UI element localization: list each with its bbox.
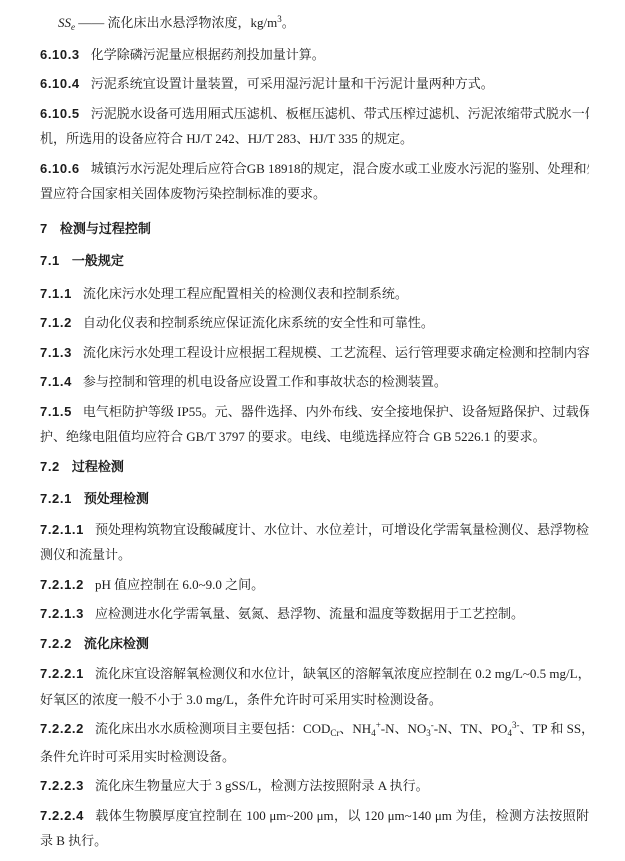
clause-paragraph: 7.2.1.3应检测进水化学需氧量、氨氮、悬浮物、流量和温度等数据用于工艺控制。 — [40, 601, 589, 627]
clause-number: 7.2.1.1 — [40, 522, 84, 537]
text-line: 7检测与过程控制 — [40, 216, 589, 242]
clause-paragraph: 7.2.1.1预处理构筑物宜设酸碱度计、水位计、水位差计，可增设化学需氧量检测仪… — [40, 517, 589, 568]
text-run: 城镇污水污泥处理后应符合GB 18918的规定，混合废水或工业废水污泥的鉴别、处… — [91, 161, 589, 176]
text-line: SSe —— 流化床出水悬浮物浓度，kg/m3。 — [40, 10, 589, 38]
clause-number: 7.2 — [40, 459, 60, 474]
clause-paragraph: 7.1.2自动化仪表和控制系统应保证流化床系统的安全性和可靠性。 — [40, 310, 589, 336]
text-run: 流化床生物量应大于 3 gSS/L，检测方法按照附录 A 执行。 — [95, 778, 429, 793]
text-run: 机，所选用的设备应符合 HJ/T 242、HJ/T 283、HJ/T 335 的… — [40, 131, 413, 146]
text-run: 污泥系统宜设置计量装置，可采用湿污泥计量和干污泥计量两种方式。 — [91, 76, 494, 91]
text-run: 、TP 和 SS， — [519, 721, 589, 736]
text-run: -N、TN、PO — [434, 721, 508, 736]
clause-number: 7.2.1.2 — [40, 577, 84, 592]
clause-paragraph: 7.2.2.2流化床出水水质检测项目主要包括：CODCr、NH4+-N、NO3-… — [40, 716, 589, 769]
clause-number: 7.1 — [40, 253, 60, 268]
text-run: 一般规定 — [72, 253, 124, 268]
clause-paragraph: 6.10.3化学除磷污泥量应根据药剂投加量计算。 — [40, 42, 589, 68]
text-run: 3 — [277, 14, 282, 24]
chapter-heading: 7检测与过程控制 — [40, 216, 589, 242]
clause-number: 7.2.2.2 — [40, 721, 84, 736]
clause-number: 7.2.2.1 — [40, 666, 84, 681]
subsection-heading: 7.2.1预处理检测 — [40, 486, 589, 512]
clause-number: 7.1.3 — [40, 345, 72, 360]
text-run: 。 — [282, 15, 295, 30]
clause-paragraph: 7.1.5电气柜防护等级 IP55。元、器件选择、内外布线、安全接地保护、设备短… — [40, 399, 589, 450]
text-run: 电气柜防护等级 IP55。元、器件选择、内外布线、安全接地保护、设备短路保护、过… — [83, 404, 589, 419]
clause-paragraph: 7.2.2.3流化床生物量应大于 3 gSS/L，检测方法按照附录 A 执行。 — [40, 773, 589, 799]
text-run: pH 值应控制在 6.0~9.0 之间。 — [95, 577, 264, 592]
text-line: 7.2.2流化床检测 — [40, 631, 589, 657]
text-line: 测仪和流量计。 — [40, 542, 589, 568]
text-run: 化学除磷污泥量应根据药剂投加量计算。 — [91, 47, 325, 62]
text-line: 7.2.1.3应检测进水化学需氧量、氨氮、悬浮物、流量和温度等数据用于工艺控制。 — [40, 601, 589, 627]
text-line: 录 B 执行。 — [40, 828, 589, 854]
text-run: 载体生物膜厚度宜控制在 100 μm~200 μm，以 120 μm~140 μ… — [95, 808, 589, 823]
text-run: 污泥脱水设备可选用厢式压滤机、板框压滤机、带式压榨过滤机、污泥浓缩带式脱水一体 — [91, 106, 589, 121]
clause-paragraph: 6.10.5污泥脱水设备可选用厢式压滤机、板框压滤机、带式压榨过滤机、污泥浓缩带… — [40, 101, 589, 152]
text-line: 7.2过程检测 — [40, 454, 589, 480]
clause-paragraph: 7.2.1.2pH 值应控制在 6.0~9.0 之间。 — [40, 572, 589, 598]
clause-number: 7.2.1.3 — [40, 606, 84, 621]
clause-number: 7.1.4 — [40, 374, 72, 389]
clause-number: 7.2.2.4 — [40, 808, 84, 823]
clause-number: 7 — [40, 221, 48, 236]
text-run: 、NH — [339, 721, 371, 736]
document-page: SSe —— 流化床出水悬浮物浓度，kg/m3。6.10.3化学除磷污泥量应根据… — [0, 0, 625, 861]
text-line: 7.2.1预处理检测 — [40, 486, 589, 512]
text-run: 流化床出水水质检测项目主要包括：COD — [95, 721, 330, 736]
clause-number: 7.2.1 — [40, 491, 72, 506]
clause-paragraph: 6.10.4污泥系统宜设置计量装置，可采用湿污泥计量和干污泥计量两种方式。 — [40, 71, 589, 97]
text-run: + — [376, 720, 381, 730]
clause-number: 7.1.1 — [40, 286, 72, 301]
text-line: 6.10.5污泥脱水设备可选用厢式压滤机、板框压滤机、带式压榨过滤机、污泥浓缩带… — [40, 101, 589, 127]
clause-paragraph: 6.10.6城镇污水污泥处理后应符合GB 18918的规定，混合废水或工业废水污… — [40, 156, 589, 207]
text-line: 6.10.6城镇污水污泥处理后应符合GB 18918的规定，混合废水或工业废水污… — [40, 156, 589, 182]
text-run: 检测与过程控制 — [60, 221, 151, 236]
clause-paragraph: 7.2.2.1流化床宜设溶解氧检测仪和水位计，缺氧区的溶解氧浓度应控制在 0.2… — [40, 661, 589, 712]
clause-number: 7.1.2 — [40, 315, 72, 330]
text-run: —— 流化床出水悬浮物浓度，kg/m — [75, 15, 277, 30]
text-line: 7.1.5电气柜防护等级 IP55。元、器件选择、内外布线、安全接地保护、设备短… — [40, 399, 589, 425]
text-run: 好氧区的浓度一般不小于 3.0 mg/L，条件允许时可采用实时检测设备。 — [40, 692, 442, 707]
text-line: 7.1.1流化床污水处理工程应配置相关的检测仪表和控制系统。 — [40, 281, 589, 307]
text-line: 7.2.2.2流化床出水水质检测项目主要包括：CODCr、NH4+-N、NO3-… — [40, 716, 589, 744]
text-run: 3- — [512, 720, 520, 730]
text-run: 流化床污水处理工程设计应根据工程规模、工艺流程、运行管理要求确定检测和控制内容。 — [83, 345, 589, 360]
text-line: 护、绝缘电阻值均应符合 GB/T 3797 的要求。电线、电缆选择应符合 GB … — [40, 424, 589, 450]
text-run: - — [431, 720, 434, 730]
text-run: 流化床宜设溶解氧检测仪和水位计，缺氧区的溶解氧浓度应控制在 0.2 mg/L~0… — [95, 666, 589, 681]
text-line: 7.2.1.2pH 值应控制在 6.0~9.0 之间。 — [40, 572, 589, 598]
text-run: 应检测进水化学需氧量、氨氮、悬浮物、流量和温度等数据用于工艺控制。 — [95, 606, 524, 621]
text-run: e — [71, 22, 75, 32]
text-line: 7.1.2自动化仪表和控制系统应保证流化床系统的安全性和可靠性。 — [40, 310, 589, 336]
clause-number: 6.10.5 — [40, 106, 80, 121]
text-run: 参与控制和管理的机电设备应设置工作和事故状态的检测装置。 — [83, 374, 447, 389]
text-line: 条件允许时可采用实时检测设备。 — [40, 744, 589, 770]
text-run: 过程检测 — [72, 459, 124, 474]
clause-number: 6.10.3 — [40, 47, 80, 62]
clause-number: 7.2.2.3 — [40, 778, 84, 793]
clause-paragraph: 7.1.4参与控制和管理的机电设备应设置工作和事故状态的检测装置。 — [40, 369, 589, 395]
text-run: 条件允许时可采用实时检测设备。 — [40, 749, 235, 764]
text-line: 7.1.3流化床污水处理工程设计应根据工程规模、工艺流程、运行管理要求确定检测和… — [40, 340, 589, 366]
clause-paragraph: 7.2.2.4载体生物膜厚度宜控制在 100 μm~200 μm，以 120 μ… — [40, 803, 589, 854]
text-line: 7.1.4参与控制和管理的机电设备应设置工作和事故状态的检测装置。 — [40, 369, 589, 395]
text-line: 置应符合国家相关固体废物污染控制标准的要求。 — [40, 181, 589, 207]
definition-paragraph: SSe —— 流化床出水悬浮物浓度，kg/m3。 — [40, 10, 589, 38]
text-run: Cr — [330, 728, 339, 738]
text-line: 7.1一般规定 — [40, 248, 589, 274]
clause-number: 7.1.5 — [40, 404, 72, 419]
text-run: SS — [58, 15, 71, 30]
text-line: 7.2.2.1流化床宜设溶解氧检测仪和水位计，缺氧区的溶解氧浓度应控制在 0.2… — [40, 661, 589, 687]
text-run: 自动化仪表和控制系统应保证流化床系统的安全性和可靠性。 — [83, 315, 434, 330]
text-run: 流化床检测 — [84, 636, 149, 651]
text-run: 预处理构筑物宜设酸碱度计、水位计、水位差计，可增设化学需氧量检测仪、悬浮物检 — [95, 522, 589, 537]
clause-paragraph: 7.1.3流化床污水处理工程设计应根据工程规模、工艺流程、运行管理要求确定检测和… — [40, 340, 589, 366]
text-line: 7.2.1.1预处理构筑物宜设酸碱度计、水位计、水位差计，可增设化学需氧量检测仪… — [40, 517, 589, 543]
text-line: 机，所选用的设备应符合 HJ/T 242、HJ/T 283、HJ/T 335 的… — [40, 126, 589, 152]
section-heading: 7.2过程检测 — [40, 454, 589, 480]
text-run: 置应符合国家相关固体废物污染控制标准的要求。 — [40, 186, 326, 201]
text-run: 预处理检测 — [84, 491, 149, 506]
text-line: 6.10.3化学除磷污泥量应根据药剂投加量计算。 — [40, 42, 589, 68]
clause-number: 6.10.6 — [40, 161, 80, 176]
text-run: 护、绝缘电阻值均应符合 GB/T 3797 的要求。电线、电缆选择应符合 GB … — [40, 429, 546, 444]
section-heading: 7.1一般规定 — [40, 248, 589, 274]
text-line: 6.10.4污泥系统宜设置计量装置，可采用湿污泥计量和干污泥计量两种方式。 — [40, 71, 589, 97]
text-run: 流化床污水处理工程应配置相关的检测仪表和控制系统。 — [83, 286, 408, 301]
text-run: -N、NO — [381, 721, 427, 736]
text-run: 测仪和流量计。 — [40, 547, 131, 562]
clause-number: 7.2.2 — [40, 636, 72, 651]
text-line: 7.2.2.3流化床生物量应大于 3 gSS/L，检测方法按照附录 A 执行。 — [40, 773, 589, 799]
clause-number: 6.10.4 — [40, 76, 80, 91]
clause-paragraph: 7.1.1流化床污水处理工程应配置相关的检测仪表和控制系统。 — [40, 281, 589, 307]
text-line: 好氧区的浓度一般不小于 3.0 mg/L，条件允许时可采用实时检测设备。 — [40, 687, 589, 713]
text-line: 7.2.2.4载体生物膜厚度宜控制在 100 μm~200 μm，以 120 μ… — [40, 803, 589, 829]
subsection-heading: 7.2.2流化床检测 — [40, 631, 589, 657]
text-run: 录 B 执行。 — [40, 833, 107, 848]
